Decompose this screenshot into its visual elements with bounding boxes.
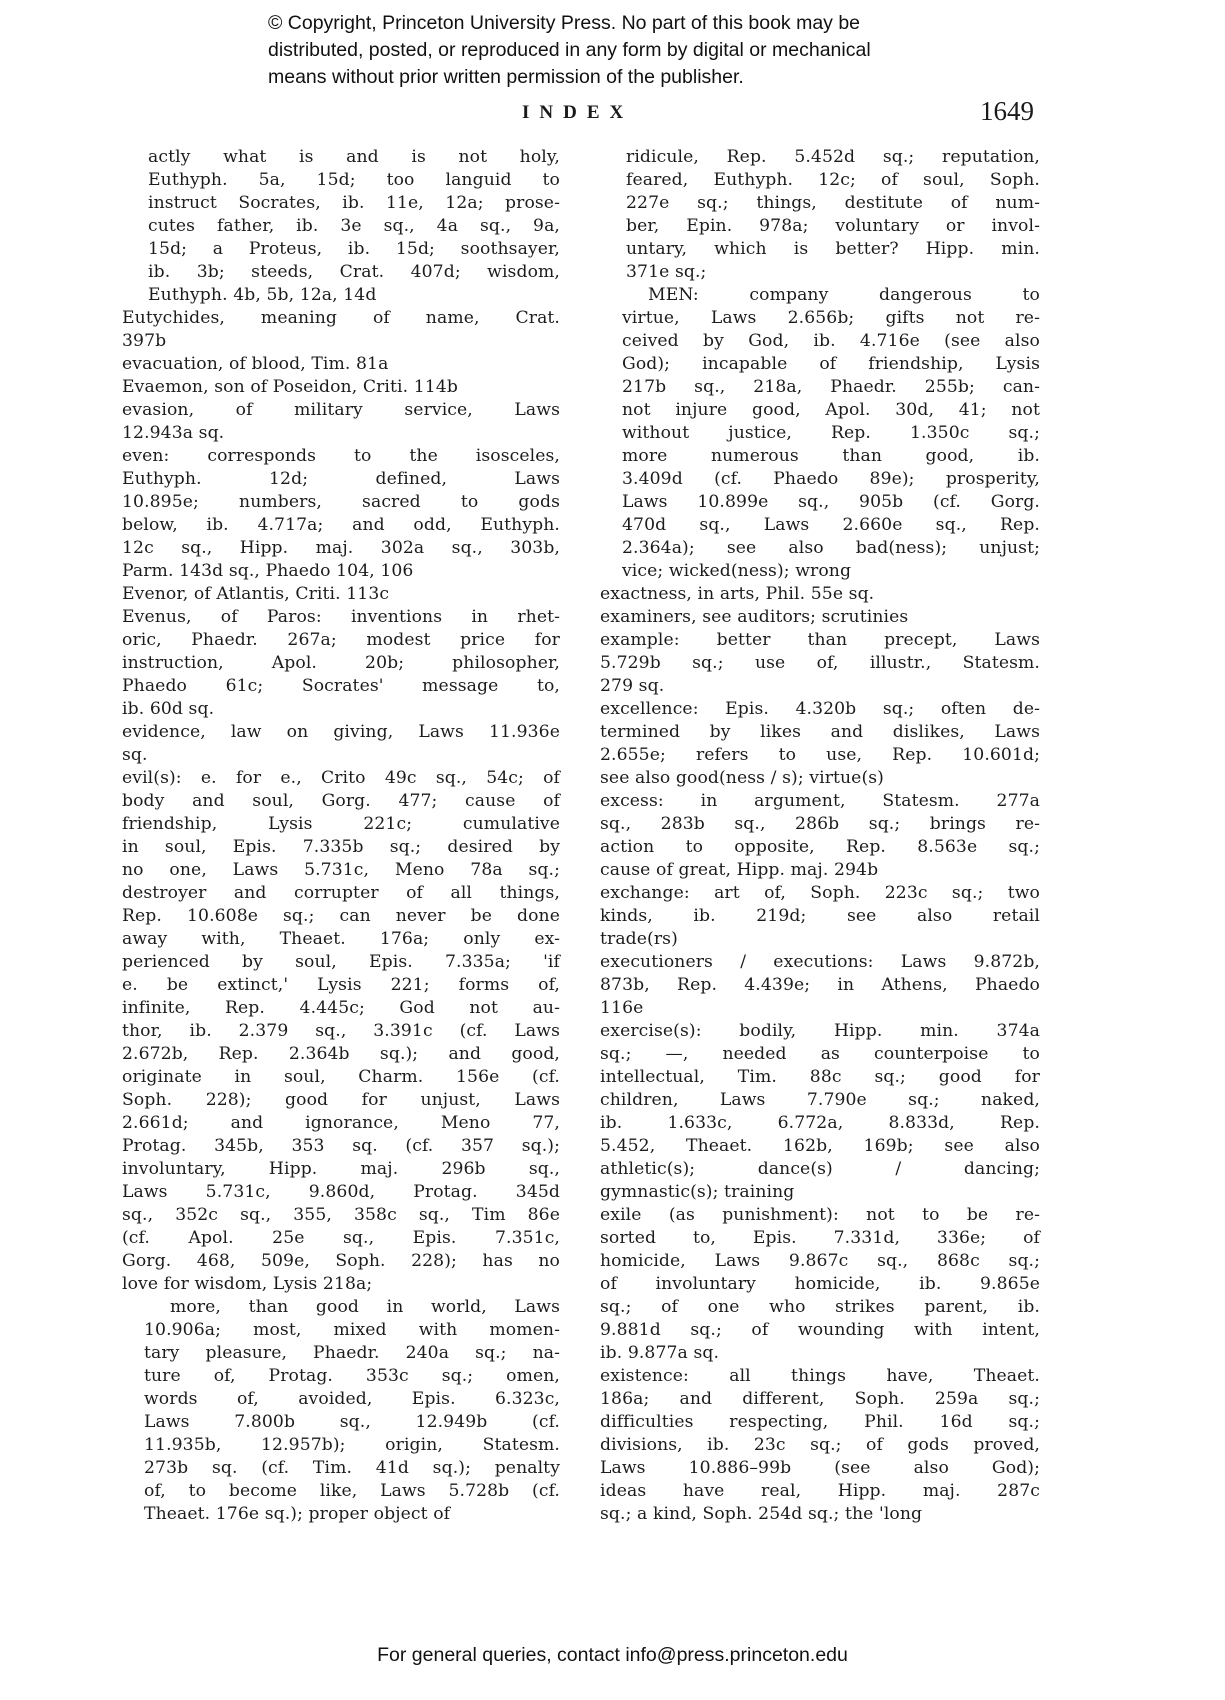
index-line: ber, Epin. 978a; voluntary or invol-: [626, 215, 1040, 238]
index-line: Rep. 10.608e sq.; can never be done: [148, 905, 560, 928]
index-line: vice; wicked(ness); wrong: [626, 560, 1040, 583]
index-line: Euthyph. 4b, 5b, 12a, 14d: [148, 284, 560, 307]
index-line: sq.: [148, 744, 560, 767]
index-line: 9.881d sq.; of wounding with intent,: [626, 1319, 1040, 1342]
index-line: 116e: [626, 997, 1040, 1020]
index-line: words of, avoided, Epis. 6.323c,: [148, 1388, 560, 1411]
index-line: Phaedo 61c; Socrates' message to,: [148, 675, 560, 698]
index-entry: exactness, in arts, Phil. 55e sq.: [600, 583, 1040, 606]
index-entry: even: corresponds to the isosceles,Euthy…: [122, 445, 560, 583]
index-line: ib. 9.877a sq.: [626, 1342, 1040, 1365]
index-line: thor, ib. 2.379 sq., 3.391c (cf. Laws: [148, 1020, 560, 1043]
index-entry: actly what is and is not holy,Euthyph. 5…: [122, 146, 560, 307]
index-line: 2.655e; refers to use, Rep. 10.601d;: [626, 744, 1040, 767]
index-line: 273b sq. (cf. Tim. 41d sq.); penalty: [148, 1457, 560, 1480]
index-line: destroyer and corrupter of all things,: [148, 882, 560, 905]
index-entry: exercise(s): bodily, Hipp. min. 374asq.;…: [600, 1020, 1040, 1204]
index-line: Laws 10.899e sq., 905b (cf. Gorg.: [626, 491, 1040, 514]
index-entry: example: better than precept, Laws5.729b…: [600, 629, 1040, 698]
index-line: see also good(ness / s); virtue(s): [626, 767, 1040, 790]
index-line: ture of, Protag. 353c sq.; omen,: [148, 1365, 560, 1388]
index-line: in soul, Epis. 7.335b sq.; desired by: [148, 836, 560, 859]
index-line: kinds, ib. 219d; see also retail: [626, 905, 1040, 928]
index-entry: more, than good in world, Laws10.906a; m…: [122, 1296, 560, 1526]
index-entry: evacuation, of blood, Tim. 81a: [122, 353, 560, 376]
index-line: excess: in argument, Statesm. 277a: [626, 790, 1040, 813]
index-line: infinite, Rep. 4.445c; God not au-: [148, 997, 560, 1020]
index-line: without justice, Rep. 1.350c sq.;: [626, 422, 1040, 445]
index-entry: exchange: art of, Soph. 223c sq.; twokin…: [600, 882, 1040, 951]
index-line: 12c sq., Hipp. maj. 302a sq., 303b,: [148, 537, 560, 560]
index-line: 279 sq.: [626, 675, 1040, 698]
index-line: cause of great, Hipp. maj. 294b: [626, 859, 1040, 882]
index-line: exchange: art of, Soph. 223c sq.; two: [626, 882, 1040, 905]
index-line: friendship, Lysis 221c; cumulative: [148, 813, 560, 836]
index-line: body and soul, Gorg. 477; cause of: [148, 790, 560, 813]
index-line: 873b, Rep. 4.439e; in Athens, Phaedo: [626, 974, 1040, 997]
index-line: Protag. 345b, 353 sq. (cf. 357 sq.);: [148, 1135, 560, 1158]
index-line: 371e sq.;: [626, 261, 1040, 284]
index-line: 5.452, Theaet. 162b, 169b; see also: [626, 1135, 1040, 1158]
index-line: 397b: [148, 330, 560, 353]
index-line: examiners, see auditors; scrutinies: [626, 606, 1040, 629]
index-line: exactness, in arts, Phil. 55e sq.: [626, 583, 1040, 606]
index-line: sq.; a kind, Soph. 254d sq.; the 'long: [626, 1503, 1040, 1526]
index-entry: Evenus, of Paros: inventions in rhet-ori…: [122, 606, 560, 721]
index-line: difficulties respecting, Phil. 16d sq.;: [626, 1411, 1040, 1434]
index-line: 10.895e; numbers, sacred to gods: [148, 491, 560, 514]
index-entry: MEN: company dangerous tovirtue, Laws 2.…: [600, 284, 1040, 583]
index-line: sq.; —, needed as counterpoise to: [626, 1043, 1040, 1066]
index-line: 2.672b, Rep. 2.364b sq.); and good,: [148, 1043, 560, 1066]
index-line: evidence, law on giving, Laws 11.936e: [148, 721, 560, 744]
index-entry: Eutychides, meaning of name, Crat.397b: [122, 307, 560, 353]
index-entry: ridicule, Rep. 5.452d sq.; reputation,fe…: [600, 146, 1040, 284]
index-line: 10.906a; most, mixed with momen-: [148, 1319, 560, 1342]
index-line: originate in soul, Charm. 156e (cf.: [148, 1066, 560, 1089]
index-line: termined by likes and dislikes, Laws: [626, 721, 1040, 744]
index-entry: exile (as punishment): not to be re-sort…: [600, 1204, 1040, 1365]
index-line: existence: all things have, Theaet.: [626, 1365, 1040, 1388]
index-line: athletic(s); dance(s) / dancing;: [626, 1158, 1040, 1181]
index-line: no one, Laws 5.731c, Meno 78a sq.;: [148, 859, 560, 882]
index-line: ridicule, Rep. 5.452d sq.; reputation,: [626, 146, 1040, 169]
index-entry: evidence, law on giving, Laws 11.936esq.: [122, 721, 560, 767]
index-line: more numerous than good, ib.: [626, 445, 1040, 468]
copyright-notice: © Copyright, Princeton University Press.…: [268, 10, 1028, 91]
index-line: (cf. Apol. 25e sq., Epis. 7.351c,: [148, 1227, 560, 1250]
index-title: INDEX: [522, 102, 633, 124]
index-line: ideas have real, Hipp. maj. 287c: [626, 1480, 1040, 1503]
index-line: below, ib. 4.717a; and odd, Euthyph.: [148, 514, 560, 537]
footer-contact: For general queries, contact info@press.…: [0, 1644, 1225, 1667]
page-number: 1649: [980, 96, 1034, 127]
copyright-line: distributed, posted, or reproduced in an…: [268, 37, 1028, 64]
index-line: sorted to, Epis. 7.331d, 336e; of: [626, 1227, 1040, 1250]
index-line: MEN: company dangerous to: [626, 284, 1040, 307]
index-line: perienced by soul, Epis. 7.335a; 'if: [148, 951, 560, 974]
index-line: 470d sq., Laws 2.660e sq., Rep.: [626, 514, 1040, 537]
index-column-left: actly what is and is not holy,Euthyph. 5…: [122, 146, 560, 1526]
index-line: oric, Phaedr. 267a; modest price for: [148, 629, 560, 652]
index-line: gymnastic(s); training: [626, 1181, 1040, 1204]
copyright-line: means without prior written permission o…: [268, 64, 1028, 91]
index-line: feared, Euthyph. 12c; of soul, Soph.: [626, 169, 1040, 192]
index-line: ib. 60d sq.: [148, 698, 560, 721]
index-line: evacuation, of blood, Tim. 81a: [148, 353, 560, 376]
index-line: trade(rs): [626, 928, 1040, 951]
index-line: 5.729b sq.; use of, illustr., Statesm.: [626, 652, 1040, 675]
index-line: 186a; and different, Soph. 259a sq.;: [626, 1388, 1040, 1411]
index-line: exercise(s): bodily, Hipp. min. 374a: [626, 1020, 1040, 1043]
index-line: of, to become like, Laws 5.728b (cf.: [148, 1480, 560, 1503]
running-head: INDEX 1649: [0, 100, 1225, 130]
index-line: 2.661d; and ignorance, Meno 77,: [148, 1112, 560, 1135]
index-line: ib. 3b; steeds, Crat. 407d; wisdom,: [148, 261, 560, 284]
index-line: divisions, ib. 23c sq.; of gods proved,: [626, 1434, 1040, 1457]
index-line: ceived by God, ib. 4.716e (see also: [626, 330, 1040, 353]
index-line: Euthyph. 5a, 15d; too languid to: [148, 169, 560, 192]
index-line: Evenus, of Paros: inventions in rhet-: [148, 606, 560, 629]
index-line: 2.364a); see also bad(ness); unjust;: [626, 537, 1040, 560]
index-line: Parm. 143d sq., Phaedo 104, 106: [148, 560, 560, 583]
index-entry: existence: all things have, Theaet.186a;…: [600, 1365, 1040, 1526]
index-line: e. be extinct,' Lysis 221; forms of,: [148, 974, 560, 997]
index-column-right: ridicule, Rep. 5.452d sq.; reputation,fe…: [600, 146, 1040, 1526]
index-line: instruction, Apol. 20b; philosopher,: [148, 652, 560, 675]
index-line: action to opposite, Rep. 8.563e sq.;: [626, 836, 1040, 859]
index-entry: examiners, see auditors; scrutinies: [600, 606, 1040, 629]
index-entry: evasion, of military service, Laws12.943…: [122, 399, 560, 445]
index-line: example: better than precept, Laws: [626, 629, 1040, 652]
index-line: Theaet. 176e sq.); proper object of: [148, 1503, 560, 1526]
index-line: of involuntary homicide, ib. 9.865e: [626, 1273, 1040, 1296]
index-line: intellectual, Tim. 88c sq.; good for: [626, 1066, 1040, 1089]
index-entry: excellence: Epis. 4.320b sq.; often de-t…: [600, 698, 1040, 790]
index-line: not injure good, Apol. 30d, 41; not: [626, 399, 1040, 422]
index-line: sq., 283b sq., 286b sq.; brings re-: [626, 813, 1040, 836]
index-entry: evil(s): e. for e., Crito 49c sq., 54c; …: [122, 767, 560, 1296]
index-line: 227e sq.; things, destitute of num-: [626, 192, 1040, 215]
index-line: 15d; a Proteus, ib. 15d; soothsayer,: [148, 238, 560, 261]
index-entry: executioners / executions: Laws 9.872b,8…: [600, 951, 1040, 1020]
index-line: God); incapable of friendship, Lysis: [626, 353, 1040, 376]
index-line: untary, which is better? Hipp. min.: [626, 238, 1040, 261]
index-line: even: corresponds to the isosceles,: [148, 445, 560, 468]
index-entry: excess: in argument, Statesm. 277asq., 2…: [600, 790, 1040, 882]
index-line: 12.943a sq.: [148, 422, 560, 445]
copyright-line: © Copyright, Princeton University Press.…: [268, 10, 1028, 37]
index-line: away with, Theaet. 176a; only ex-: [148, 928, 560, 951]
index-line: children, Laws 7.790e sq.; naked,: [626, 1089, 1040, 1112]
index-line: sq.; of one who strikes parent, ib.: [626, 1296, 1040, 1319]
index-line: exile (as punishment): not to be re-: [626, 1204, 1040, 1227]
index-line: love for wisdom, Lysis 218a;: [148, 1273, 560, 1296]
index-line: cutes father, ib. 3e sq., 4a sq., 9a,: [148, 215, 560, 238]
index-line: executioners / executions: Laws 9.872b,: [626, 951, 1040, 974]
index-line: Laws 7.800b sq., 12.949b (cf.: [148, 1411, 560, 1434]
index-line: excellence: Epis. 4.320b sq.; often de-: [626, 698, 1040, 721]
index-entry: Evenor, of Atlantis, Criti. 113c: [122, 583, 560, 606]
index-line: evil(s): e. for e., Crito 49c sq., 54c; …: [148, 767, 560, 790]
index-line: homicide, Laws 9.867c sq., 868c sq.;: [626, 1250, 1040, 1273]
index-entry: Evaemon, son of Poseidon, Criti. 114b: [122, 376, 560, 399]
index-line: 11.935b, 12.957b); origin, Statesm.: [148, 1434, 560, 1457]
index-line: 217b sq., 218a, Phaedr. 255b; can-: [626, 376, 1040, 399]
index-line: involuntary, Hipp. maj. 296b sq.,: [148, 1158, 560, 1181]
index-line: Evaemon, son of Poseidon, Criti. 114b: [148, 376, 560, 399]
index-line: evasion, of military service, Laws: [148, 399, 560, 422]
index-line: Evenor, of Atlantis, Criti. 113c: [148, 583, 560, 606]
index-line: Soph. 228); good for unjust, Laws: [148, 1089, 560, 1112]
index-line: Laws 10.886–99b (see also God);: [626, 1457, 1040, 1480]
index-line: virtue, Laws 2.656b; gifts not re-: [626, 307, 1040, 330]
index-line: Gorg. 468, 509e, Soph. 228); has no: [148, 1250, 560, 1273]
index-line: ib. 1.633c, 6.772a, 8.833d, Rep.: [626, 1112, 1040, 1135]
index-line: sq., 352c sq., 355, 358c sq., Tim 86e: [148, 1204, 560, 1227]
index-line: Euthyph. 12d; defined, Laws: [148, 468, 560, 491]
index-line: Laws 5.731c, 9.860d, Protag. 345d: [148, 1181, 560, 1204]
index-line: Eutychides, meaning of name, Crat.: [148, 307, 560, 330]
index-line: 3.409d (cf. Phaedo 89e); prosperity,: [626, 468, 1040, 491]
index-line: tary pleasure, Phaedr. 240a sq.; na-: [148, 1342, 560, 1365]
index-line: instruct Socrates, ib. 11e, 12a; prose-: [148, 192, 560, 215]
index-line: more, than good in world, Laws: [148, 1296, 560, 1319]
index-line: actly what is and is not holy,: [148, 146, 560, 169]
